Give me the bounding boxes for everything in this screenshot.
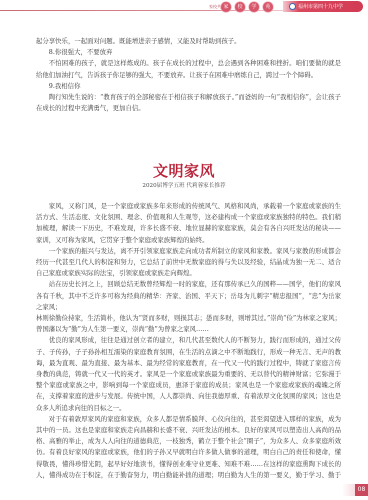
- page-number: 08: [355, 484, 368, 496]
- paragraph: 家风，又称门风，是一个家庭或家族多年来形成的传统风气、风格和风尚，承载着一个家庭…: [36, 201, 341, 246]
- circle-badge: 家: [221, 2, 231, 12]
- paragraph: 对于有着敦厚家风的家庭和家族，众多人都是情系膜拜、心仪向往的，甚至渴望进入那样的…: [36, 414, 341, 481]
- article-title: 文明家风: [0, 160, 368, 181]
- school-badge: 福州市第四十九中学: [283, 1, 363, 12]
- paragraph: 起分享快乐，一起面对问题。既能增进亲子感情，又能及时帮助到孩子。: [36, 36, 341, 47]
- paragraph: 林则徐勤俭持家，生活简朴，他认为“贤而多财，则损其志；愚而多财，则增其过。”崇尚…: [36, 313, 341, 335]
- circle-badge: 苑: [263, 2, 273, 12]
- article-subtitle: 2020届博学五班 代莉蓉家长推荐: [0, 181, 368, 189]
- paragraph: 陶行知先生说的：“教育孩子的全部秘密在于相信孩子和解放孩子。”而爸妈的一句“我相…: [36, 92, 341, 114]
- paragraph: 不怕困难的孩子，就是这样炼成的。孩子在成长的过程中，总会遇到各种困难和挫折。咱们…: [36, 58, 341, 80]
- section-heading: 9.我相信你: [36, 81, 341, 92]
- school-name: 福州市第四十九中学: [298, 3, 343, 10]
- section-circles: 家 校 学 苑: [221, 2, 273, 12]
- section-heading: 8.你很强大，不要放弃: [36, 47, 341, 58]
- paragraph: 一个家族的振兴与发达，离不开引领家庭家族走向成功者所制立的家风和家教。家风与家教…: [36, 246, 341, 280]
- circle-badge: 学: [249, 2, 259, 12]
- paragraph: 优良的家风形成，往往是通过创立者的建立，和几代甚至数代人的不断努力，践行而形成的…: [36, 335, 341, 413]
- circle-badge: 校: [235, 2, 245, 12]
- school-logo-icon: [289, 3, 296, 10]
- paragraph: 站在历史长河之上，回顾总结无数曾经辉煌一时的家庭，还有那传承已久的国粹——国学，…: [36, 279, 341, 313]
